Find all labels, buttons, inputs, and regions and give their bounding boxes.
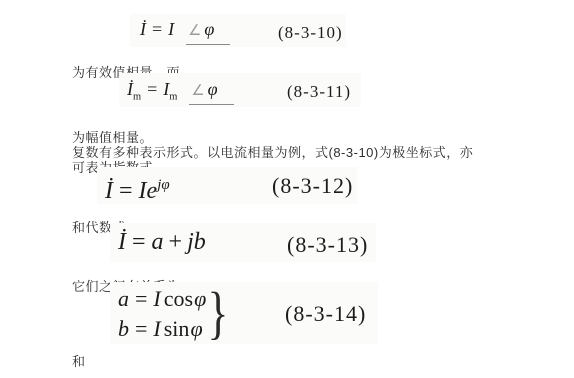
euler-e: e xyxy=(147,178,158,204)
real-part: a xyxy=(118,286,129,311)
equals-sign: = xyxy=(152,19,162,39)
cos-function: cos xyxy=(164,286,193,311)
phasor-symbol: İ xyxy=(140,19,146,39)
equals-sign: = xyxy=(135,316,147,341)
phasor-symbol: İ xyxy=(118,229,126,255)
equation-number-8-3-11: (8-3-11) xyxy=(287,82,351,102)
real-part: a xyxy=(152,229,164,255)
equation-body-8-3-12: İ=Iejφ xyxy=(105,171,170,205)
equation-body-8-3-10: İ=I∠φ xyxy=(140,18,230,45)
paragraph-and: 和 xyxy=(72,354,86,369)
imaginary-part: jb xyxy=(187,229,206,255)
equals-sign: = xyxy=(147,79,157,99)
equation-number-8-3-13: (8-3-13) xyxy=(287,232,368,258)
equation-body-8-3-11: İm=Im∠φ xyxy=(127,78,234,109)
document-page: İ=I∠φ (8-3-10) 为有效值相量，而 İm=Im∠φ (8-3-11)… xyxy=(0,0,574,378)
sin-function: sin xyxy=(164,316,190,341)
angle-icon: ∠ xyxy=(191,82,204,99)
imag-part: b xyxy=(118,316,129,341)
magnitude-symbol: I xyxy=(153,286,160,311)
equation-number-8-3-12: (8-3-12) xyxy=(272,173,353,199)
equation-row-8-3-12: İ=Iejφ (8-3-12) xyxy=(97,167,357,204)
angle-icon: ∠ xyxy=(188,22,201,39)
equation-line-a: a=Icosφ xyxy=(118,286,206,312)
equals-sign: = xyxy=(135,286,147,311)
equals-sign: = xyxy=(132,229,146,255)
equation-row-8-3-14: a=Icosφ b=Isinφ } (8-3-14) xyxy=(110,282,378,344)
plus-sign: + xyxy=(169,229,183,255)
equation-row-8-3-13: İ=a+jb (8-3-13) xyxy=(110,223,376,262)
equation-body-8-3-13: İ=a+jb xyxy=(118,228,206,256)
magnitude-subscript: m xyxy=(169,92,177,103)
equation-line-b: b=Isinφ xyxy=(118,316,203,342)
phasor-subscript: m xyxy=(133,92,141,103)
phase-angle: φ xyxy=(194,286,206,311)
paragraph-amplitude: 为幅值相量。 xyxy=(72,130,153,145)
paragraph-complex-forms-line1: 复数有多种表示形式。以电流相量为例，式(8-3-10)为极坐标式，亦 xyxy=(72,145,473,160)
equation-row-8-3-10: İ=I∠φ (8-3-10) xyxy=(130,14,346,47)
magnitude-symbol: I xyxy=(139,178,147,204)
phase-angle: φ xyxy=(204,19,214,39)
equals-sign: = xyxy=(119,178,133,204)
equation-row-8-3-11: İm=Im∠φ (8-3-11) xyxy=(119,73,361,107)
magnitude-symbol: I xyxy=(168,19,174,39)
phase-angle: φ xyxy=(190,316,202,341)
right-brace: } xyxy=(207,283,228,343)
equation-number-8-3-14: (8-3-14) xyxy=(285,301,366,327)
phasor-symbol: İ xyxy=(105,178,113,204)
equation-number-8-3-10: (8-3-10) xyxy=(278,23,343,43)
phase-angle: φ xyxy=(208,79,218,99)
exponent: jφ xyxy=(157,177,169,193)
angle-notation: ∠φ xyxy=(186,18,230,45)
angle-notation: ∠φ xyxy=(189,78,233,105)
magnitude-symbol: I xyxy=(153,316,160,341)
